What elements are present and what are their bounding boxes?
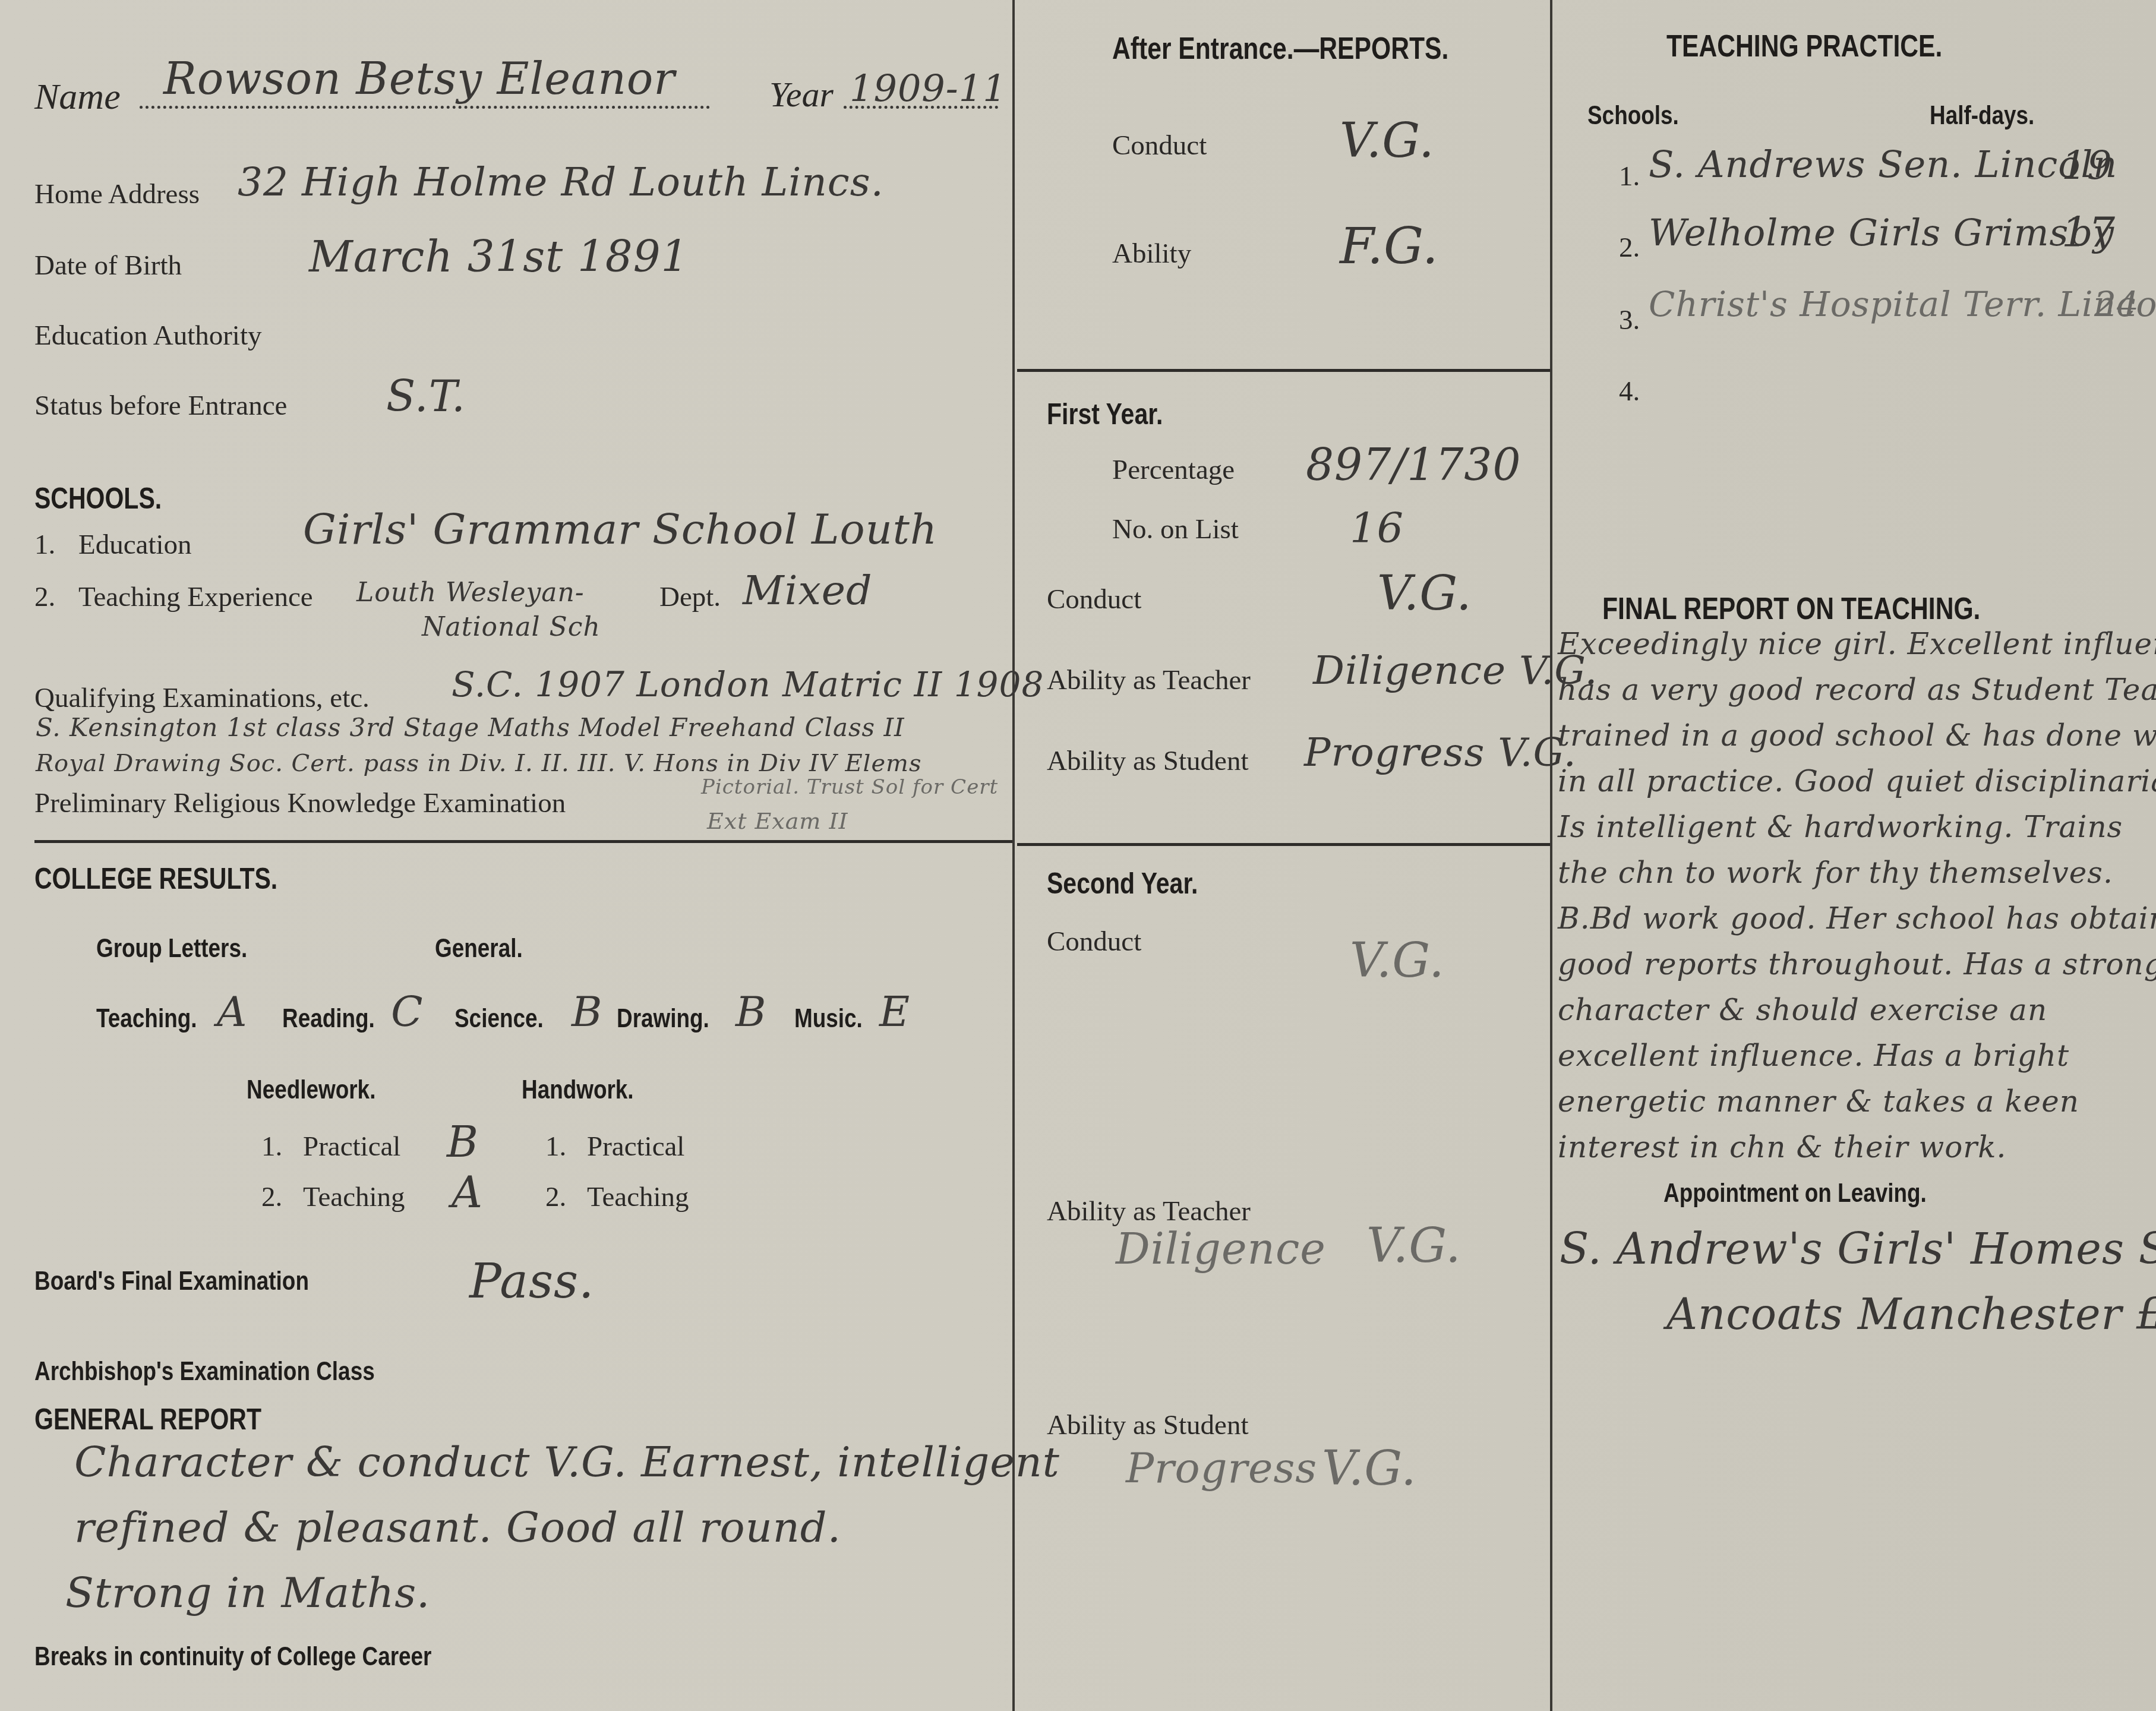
home-address-label: Home Address [34,178,200,210]
half-days-column-label: Half-days. [1930,100,2034,131]
final-report-line: character & should exercise an [1558,993,2047,1027]
after-entrance-ability-value: F.G. [1340,217,1439,275]
appointment-heading: Appointment on Leaving. [1663,1178,1927,1208]
college-results-heading: COLLEGE RESULTS. [34,861,277,896]
column-divider-right [1550,0,1552,1711]
grade-subject-drawing: Drawing. [617,1003,709,1034]
practice-row-number: 3. [1619,304,1640,336]
schools-heading: SCHOOLS. [34,481,162,516]
teaching-exp-number: 2. [34,581,55,613]
grade-subject-science: Science. [454,1003,544,1034]
after-entrance-rule [1017,369,1550,372]
teaching-exp-value-line2: National Sch [422,612,601,642]
general-report-heading: GENERAL REPORT [34,1402,261,1437]
handwork-teaching-number: 2. [545,1181,566,1213]
breaks-label: Breaks in continuity of College Career [34,1641,431,1672]
qualifying-label: Qualifying Examinations, etc. [34,682,370,714]
dob-label: Date of Birth [34,250,182,282]
boards-final-value: Pass. [469,1254,594,1309]
second-year-student-label: Ability as Student [1047,1409,1248,1441]
final-report-line: Exceedingly nice girl. Excellent influen… [1558,627,2156,661]
needlework-practical-grade: B [447,1117,479,1167]
education-label: Education [78,529,192,561]
handwork-practical-label: Practical [587,1131,684,1163]
final-report-line: in all practice. Good quiet disciplinari… [1558,764,2156,798]
qualifying-line3: Royal Drawing Soc. Cert. pass in Div. I.… [36,750,922,777]
practice-row-number: 2. [1619,232,1640,264]
education-number: 1. [34,529,55,561]
practice-row-half-days: 24 [2094,284,2139,324]
final-report-line: interest in chn & their work. [1558,1130,2006,1164]
second-year-teacher-word: Diligence [1116,1224,1326,1274]
year-label: Year [769,74,834,115]
education-authority-label: Education Authority [34,320,261,352]
needlework-practical-number: 1. [261,1131,282,1163]
first-year-student-value: Progress V.G. [1304,730,1577,775]
needlework-teaching-grade: A [452,1167,483,1217]
needlework-practical-label: Practical [303,1131,400,1163]
second-year-heading: Second Year. [1047,866,1198,901]
grade-subject-reading: Reading. [282,1003,375,1034]
handwork-label: Handwork. [522,1074,634,1105]
record-card: Name Rowson Betsy Eleanor Year 1909-11 H… [0,0,2156,1711]
practice-row-number: 1. [1619,160,1640,192]
practice-row-number: 4. [1619,375,1640,408]
after-entrance-ability-label: Ability [1112,238,1191,270]
second-year-teacher-label: Ability as Teacher [1047,1195,1251,1227]
general-report-line2: refined & pleasant. Good all round. [74,1503,841,1552]
grade-subject-teaching: Teaching. [96,1003,197,1034]
second-year-student-grade: V.G. [1322,1441,1417,1496]
after-entrance-heading: After Entrance.—REPORTS. [1112,31,1448,67]
grade-value-drawing: B [735,987,766,1036]
prk-value-line2: Ext Exam II [707,808,848,834]
prk-label: Preliminary Religious Knowledge Examinat… [34,787,566,819]
teaching-practice-heading: TEACHING PRACTICE. [1666,29,1942,64]
boards-final-label: Board's Final Examination [34,1265,309,1296]
first-year-rule [1017,843,1550,846]
no-on-list-label: No. on List [1112,513,1239,545]
needlework-teaching-label: Teaching [303,1181,405,1213]
teaching-exp-value-line1: Louth Wesleyan- [356,577,585,608]
first-year-student-label: Ability as Student [1047,745,1248,777]
after-entrance-conduct-label: Conduct [1112,130,1207,162]
final-report-heading: FINAL REPORT ON TEACHING. [1602,591,1980,627]
teaching-exp-label: Teaching Experience [78,581,313,613]
name-leader [140,106,710,109]
final-report-line: the chn to work for thy themselves. [1558,856,2113,890]
status-label: Status before Entrance [34,390,287,422]
group-letters-label: Group Letters. [96,933,247,964]
final-report-line: energetic manner & takes a keen [1558,1084,2079,1119]
first-year-heading: First Year. [1047,397,1163,431]
practice-row-school: S. Andrews Sen. Lincoln [1649,143,2117,186]
second-year-student-word: Progress [1126,1444,1317,1492]
dob-value: March 31st 1891 [309,232,689,282]
final-report-line: has a very good record as Student Teache… [1558,673,2156,707]
grade-subject-music: Music. [794,1003,863,1034]
grade-value-music: E [879,987,910,1036]
name-value: Rowson Betsy Eleanor [163,53,675,105]
first-year-conduct-label: Conduct [1047,583,1141,615]
grade-value-reading: C [391,987,424,1036]
needlework-teaching-number: 2. [261,1181,282,1213]
practice-row-half-days: 17 [2062,208,2116,257]
first-year-conduct-value: V.G. [1377,566,1472,621]
left-column-rule [34,840,1012,843]
prk-value-line1: Pictorial. Trust Sol for Cert [701,775,998,799]
archbishop-label: Archbishop's Examination Class [34,1356,375,1387]
home-address-value: 32 High Holme Rd Louth Lincs. [238,159,884,205]
needlework-label: Needlework. [247,1074,375,1105]
practice-row-half-days: 19 [2062,143,2113,188]
appointment-line1: S. Andrew's Girls' Homes Sch [1560,1224,2156,1274]
general-label: General. [435,933,523,964]
year-value: 1909-11 [850,67,1007,110]
general-report-line3: Strong in Maths. [65,1568,430,1617]
general-report-line1: Character & conduct V.G. Earnest, intell… [74,1438,1060,1486]
qualifying-line1: S.C. 1907 London Matric II 1908 [452,664,1044,705]
final-report-line: Is intelligent & hardworking. Trains [1558,810,2123,844]
first-year-teacher-label: Ability as Teacher [1047,664,1251,696]
final-report-line: good reports throughout. Has a strong [1558,947,2156,981]
no-on-list-value: 16 [1350,504,1404,553]
after-entrance-conduct-value: V.G. [1340,113,1435,168]
appointment-line2: Ancoats Manchester £75 [1666,1289,2156,1339]
first-year-teacher-value: Diligence V.G. [1313,648,1598,693]
status-value: S.T. [386,371,466,421]
grade-value-teaching: A [217,987,248,1036]
percentage-value: 897/1730 [1306,440,1521,491]
schools-column-label: Schools. [1587,100,1679,131]
practice-row-school: Welholme Girls Grimsby [1649,211,2114,254]
final-report-line: trained in a good school & has done well [1558,718,2156,753]
final-report-line: excellent influence. Has a bright [1558,1038,2069,1073]
grade-value-science: B [572,987,602,1036]
name-label: Name [34,76,121,118]
dept-value: Mixed [743,567,873,614]
handwork-teaching-label: Teaching [587,1181,689,1213]
dept-label: Dept. [659,581,721,613]
education-value: Girls' Grammar School Louth [303,505,937,554]
handwork-practical-number: 1. [545,1131,566,1163]
qualifying-line2: S. Kensington 1st class 3rd Stage Maths … [36,713,905,742]
percentage-label: Percentage [1112,454,1235,486]
practice-row-school: Christ's Hospital Terr. Lincoln [1649,284,2156,324]
second-year-conduct-label: Conduct [1047,926,1141,958]
final-report-line: B.Bd work good. Her school has obtained [1558,901,2156,936]
second-year-conduct-value: V.G. [1350,933,1445,988]
second-year-teacher-grade: V.G. [1366,1218,1461,1273]
